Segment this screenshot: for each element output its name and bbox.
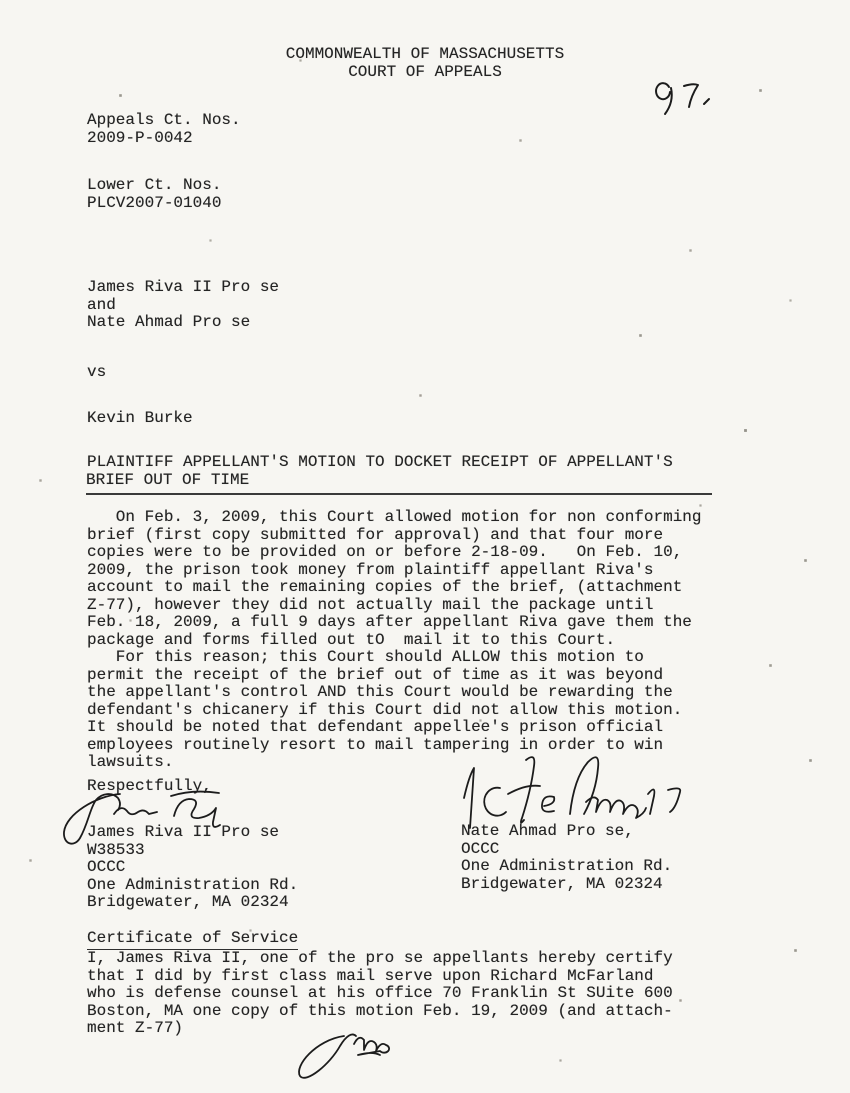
motion-title-line1: PLAINTIFF APPELLANT'S MOTION TO DOCKET R…	[87, 454, 673, 472]
appeals-ct-number: 2009-P-0042	[87, 130, 193, 148]
appellants-names: James Riva II Pro se and Nate Ahmad Pro …	[87, 279, 279, 332]
court-header-line1: COMMONWEALTH OF MASSACHUSETTS	[0, 46, 850, 64]
handwritten-page-number	[648, 76, 738, 126]
certificate-of-service-body: I, James Riva II, one of the pro se appe…	[87, 950, 673, 1038]
lower-ct-number: PLCV2007-01040	[87, 195, 221, 213]
certificate-signature	[286, 1026, 416, 1088]
lower-ct-label: Lower Ct. Nos.	[87, 177, 221, 195]
versus-label: vs	[87, 364, 106, 382]
scan-noise-speckles	[0, 0, 1, 1]
nate-ahmad-address-block: Nate Ahmad Pro se, OCCC One Administrati…	[461, 823, 672, 893]
james-riva-address-block: James Riva II Pro se W38533 OCCC One Adm…	[87, 824, 298, 912]
scanned-court-document: COMMONWEALTH OF MASSACHUSETTS COURT OF A…	[0, 0, 850, 1093]
motion-title-underline: BRIEF OUT OF TIME	[86, 472, 712, 495]
appellee-name: Kevin Burke	[87, 410, 193, 428]
certificate-of-service-heading: Certificate of Service	[87, 930, 298, 950]
appeals-ct-label: Appeals Ct. Nos.	[87, 112, 241, 130]
motion-body-text: On Feb. 3, 2009, this Court allowed moti…	[87, 509, 702, 772]
motion-title-line2: BRIEF OUT OF TIME	[86, 472, 712, 490]
